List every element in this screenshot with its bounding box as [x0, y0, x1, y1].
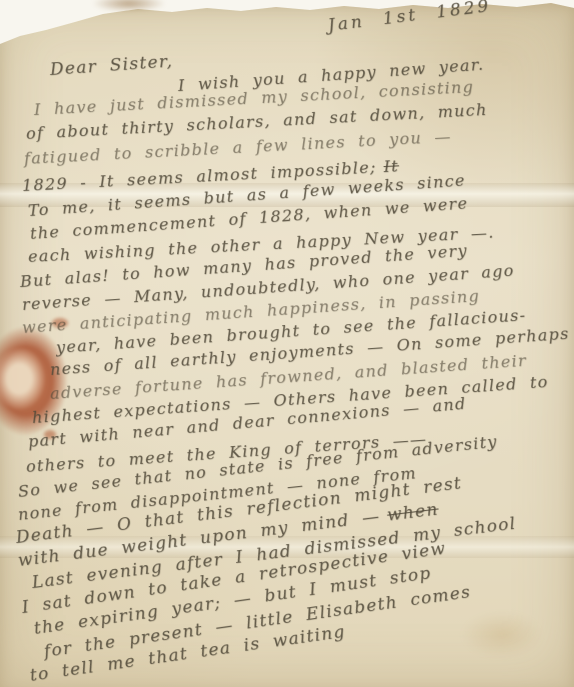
- date-line: Jan 1st 1829: [327, 0, 493, 36]
- letter-lines: Jan 1st 1829Dear Sister,I wish you a hap…: [0, 0, 574, 687]
- letter-line-text: Jan 1st 1829: [327, 0, 493, 36]
- letter-scan: Jan 1st 1829Dear Sister,I wish you a hap…: [0, 0, 574, 687]
- letter-line-text: Dear Sister,: [49, 51, 173, 80]
- struck-word: when: [386, 499, 440, 525]
- salutation: Dear Sister,: [49, 51, 173, 80]
- struck-word: It: [383, 156, 399, 176]
